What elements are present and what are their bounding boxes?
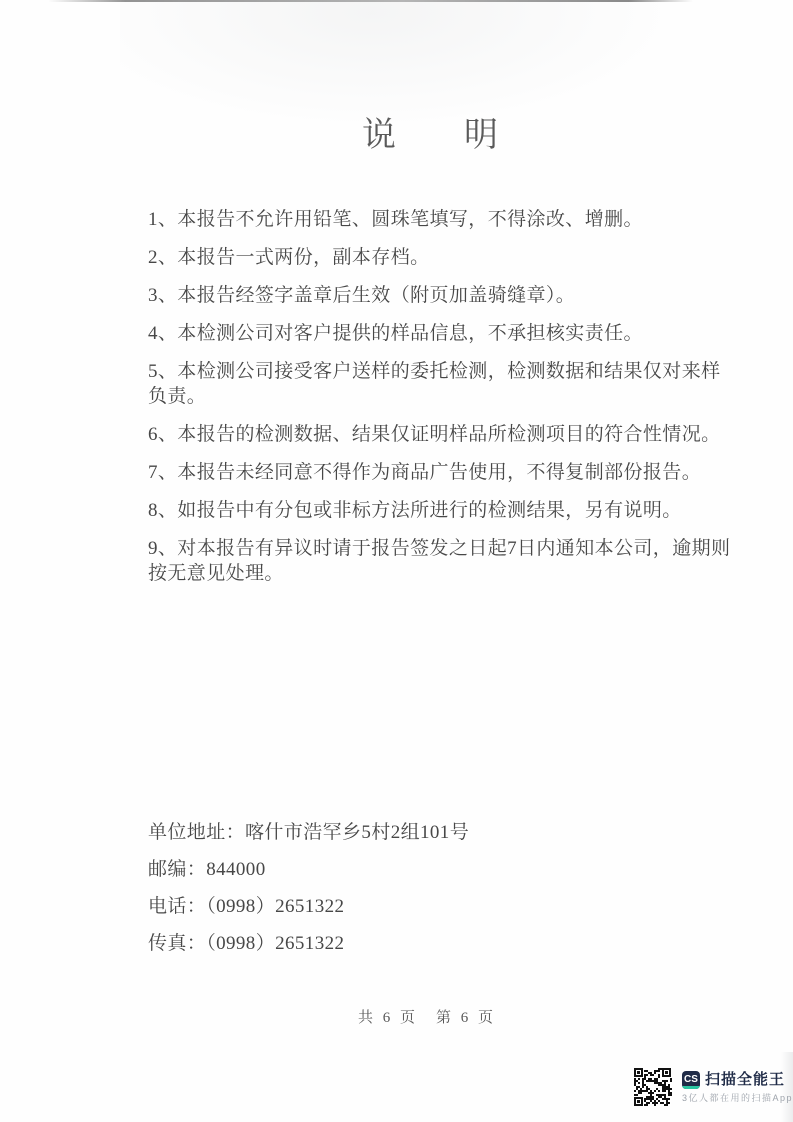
- qr-module: [646, 1104, 648, 1106]
- cs-logo-strip: [682, 1086, 700, 1089]
- brand-tagline: 3亿人都在用的扫描App: [682, 1093, 793, 1104]
- qr-module: [664, 1090, 666, 1092]
- qr-module: [658, 1090, 660, 1092]
- note-item-8: 8、如报告中有分包或非标方法所进行的检测结果，另有说明。: [148, 498, 733, 523]
- page-number: 共 6 页 第 6 页: [358, 1006, 496, 1027]
- qr-module: [638, 1082, 640, 1084]
- note-item-7: 7、本报告未经同意不得作为商品广告使用，不得复制部份报告。: [148, 460, 733, 485]
- qr-module: [652, 1092, 654, 1094]
- note-item-5: 5、本检测公司接受客户送样的委托检测，检测数据和结果仅对来样 负责。: [148, 359, 733, 409]
- qr-module: [646, 1074, 648, 1076]
- qr-module: [638, 1078, 640, 1080]
- qr-module: [654, 1090, 656, 1092]
- qr-code-icon: [634, 1068, 671, 1106]
- qr-module: [648, 1102, 650, 1104]
- note-item-2: 2、本报告一式两份，副本存档。: [148, 245, 733, 270]
- qr-finder-icon: [634, 1068, 643, 1077]
- note-item-9: 9、对本报告有异议时请于报告签发之日起7日内通知本公司，逾期则 按无意见处理。: [148, 536, 733, 586]
- contact-address: 单位地址：喀什市浩罕乡5村2组101号: [148, 820, 628, 845]
- qr-module: [642, 1086, 644, 1088]
- qr-module: [652, 1074, 654, 1076]
- qr-module: [668, 1098, 670, 1100]
- camscanner-watermark: CS 扫描全能王 3亿人都在用的扫描App: [634, 1066, 784, 1110]
- note-item-1: 1、本报告不允许用铅笔、圆珠笔填写，不得涂改、增删。: [148, 207, 733, 232]
- scanned-document-page: 说 明 1、本报告不允许用铅笔、圆珠笔填写，不得涂改、增删。 2、本报告一式两份…: [0, 0, 793, 1122]
- contact-phone: 电话：（0998）2651322: [148, 894, 628, 919]
- qr-module: [656, 1102, 658, 1104]
- qr-module: [666, 1104, 668, 1106]
- qr-module: [670, 1088, 672, 1090]
- page-title: 说 明: [362, 116, 498, 156]
- contact-postcode: 邮编：844000: [148, 857, 628, 882]
- qr-module: [658, 1076, 660, 1078]
- notes-list: 1、本报告不允许用铅笔、圆珠笔填写，不得涂改、增删。 2、本报告一式两份，副本存…: [148, 207, 733, 599]
- qr-module: [666, 1080, 668, 1082]
- brand-name: 扫描全能王: [705, 1071, 785, 1089]
- note-item-4: 4、本检测公司对客户提供的样品信息，不承担核实责任。: [148, 321, 733, 346]
- qr-module: [668, 1102, 670, 1104]
- qr-module: [654, 1072, 656, 1074]
- note-item-3: 3、本报告经签字盖章后生效（附页加盖骑缝章）。: [148, 283, 733, 308]
- qr-module: [636, 1094, 638, 1096]
- qr-finder-icon: [634, 1097, 643, 1106]
- qr-module: [660, 1068, 662, 1070]
- qr-module: [634, 1090, 636, 1092]
- note-item-6: 6、本报告的检测数据、结果仅证明样品所检测项目的符合性情况。: [148, 422, 733, 447]
- qr-module: [654, 1104, 656, 1106]
- camscanner-logo-icon: CS: [682, 1071, 700, 1089]
- scan-artifact-wash: [120, 0, 680, 130]
- contact-fax: 传真：（0998）2651322: [148, 931, 628, 956]
- contact-info: 单位地址：喀什市浩罕乡5村2组101号 邮编：844000 电话：（0998）2…: [148, 820, 628, 968]
- qr-module: [670, 1080, 672, 1082]
- qr-module: [670, 1094, 672, 1096]
- qr-module: [658, 1070, 660, 1072]
- qr-module: [640, 1092, 642, 1094]
- qr-finder-icon: [662, 1068, 671, 1077]
- scan-edge-artifact: [48, 0, 693, 2]
